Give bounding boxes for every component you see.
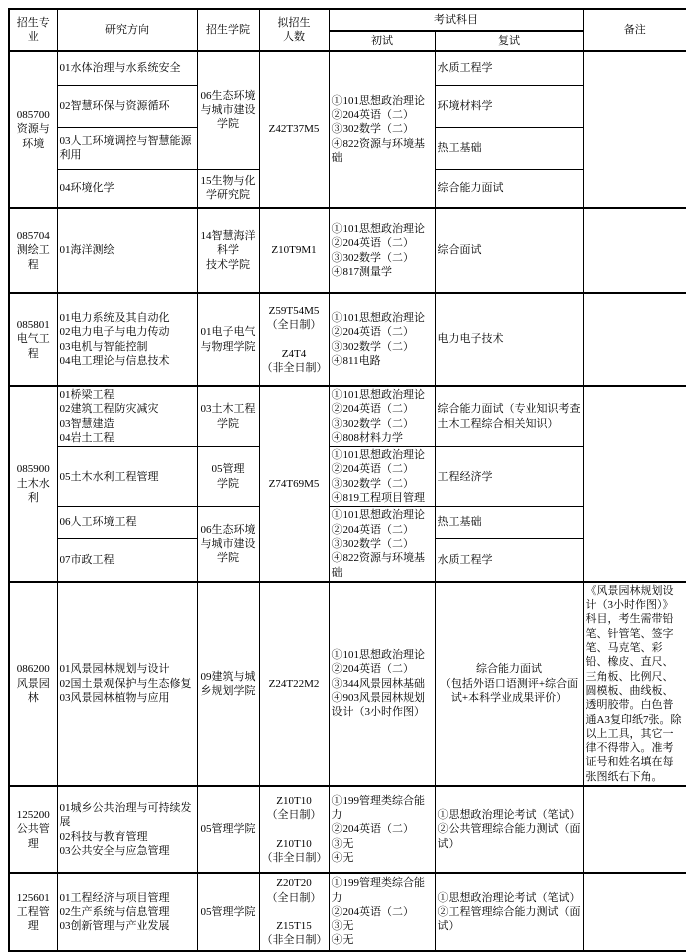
college-cell: 15生物与化学研究院 xyxy=(197,169,259,208)
remark-cell xyxy=(583,386,686,582)
direction-cell: 01城乡公共治理与可持续发展 02科技与教育管理 03公共安全与应急管理 xyxy=(57,786,197,873)
remark-cell xyxy=(583,208,686,293)
quota-cell: Z10T10 （全日制） Z10T10 （非全日制） xyxy=(259,786,329,873)
college-cell: 06生态环境与城市建设学院 xyxy=(197,51,259,169)
direction-cell: 04环境化学 xyxy=(57,169,197,208)
quota-cell: Z74T69M5 xyxy=(259,386,329,582)
direction-cell: 01桥梁工程 02建筑工程防灾减灾 03智慧建造 04岩土工程 xyxy=(57,386,197,447)
retest-cell: 综合能力面试 （包括外语口语测评+综合面试+本科学业成果评价） xyxy=(435,582,583,786)
major-cell: 085704 测绘工程 xyxy=(9,208,57,293)
direction-cell: 06人工环境工程 xyxy=(57,507,197,538)
major-cell: 086200 风景园林 xyxy=(9,582,57,786)
direction-cell: 01电力系统及其自动化 02电力电子与电力传动 03电机与智能控制 04电工理论… xyxy=(57,293,197,386)
college-cell: 06生态环境与城市建设学院 xyxy=(197,507,259,582)
header-college: 招生学院 xyxy=(197,9,259,51)
remark-cell xyxy=(583,873,686,951)
remark-cell xyxy=(583,293,686,386)
direction-cell: 01海洋测绘 xyxy=(57,208,197,293)
retest-cell: 工程经济学 xyxy=(435,447,583,507)
college-cell: 03土木工程学院 xyxy=(197,386,259,447)
college-cell: 05管理学院 xyxy=(197,786,259,873)
remark-cell xyxy=(583,51,686,208)
initial-exam-cell: ①101思想政治理论 ②204英语（二） ③302数学（二） ④819工程项目管… xyxy=(329,447,435,507)
initial-exam-cell: ①199管理类综合能力 ②204英语（二） ③无 ④无 xyxy=(329,873,435,951)
header-exam: 考试科目 xyxy=(329,9,583,31)
college-cell: 09建筑与城乡规划学院 xyxy=(197,582,259,786)
retest-cell: 综合能力面试 xyxy=(435,169,583,208)
college-cell: 05管理学院 xyxy=(197,873,259,951)
retest-cell: 环境材料学 xyxy=(435,85,583,127)
college-cell: 01电子电气与物理学院 xyxy=(197,293,259,386)
major-cell: 085801 电气工程 xyxy=(9,293,57,386)
header-retest: 复试 xyxy=(435,31,583,51)
direction-cell: 02智慧环保与资源循环 xyxy=(57,85,197,127)
retest-cell: 水质工程学 xyxy=(435,51,583,85)
initial-exam-cell: ①101思想政治理论 ②204英语（二） ③302数学（二） ④808材料力学 xyxy=(329,386,435,447)
initial-exam-cell: ①101思想政治理论 ②204英语（二） ③302数学（二） ④822资源与环境… xyxy=(329,51,435,208)
college-cell: 14智慧海洋 科学 技术学院 xyxy=(197,208,259,293)
retest-cell: ①思想政治理论考试（笔试） ②工程管理综合能力测试（面试） xyxy=(435,873,583,951)
direction-cell: 05土木水利工程管理 xyxy=(57,447,197,507)
retest-cell: 综合面试 xyxy=(435,208,583,293)
initial-exam-cell: ①101思想政治理论 ②204英语（二） ③344风景园林基础 ④903风景园林… xyxy=(329,582,435,786)
remark-cell xyxy=(583,786,686,873)
admission-table: 招生专业 研究方向 招生学院 拟招生 人数 考试科目 备注 初试 复试 0857… xyxy=(8,8,686,952)
initial-exam-cell: ①101思想政治理论 ②204英语（二） ③302数学（二） ④817测量学 xyxy=(329,208,435,293)
header-major: 招生专业 xyxy=(9,9,57,51)
quota-cell: Z10T9M1 xyxy=(259,208,329,293)
retest-cell: 综合能力面试（专业知识考查土木工程综合相关知识） xyxy=(435,386,583,447)
quota-cell: Z59T54M5 （全日制） Z4T4 （非全日制） xyxy=(259,293,329,386)
retest-cell: ①思想政治理论考试（笔试） ②公共管理综合能力测试（面试） xyxy=(435,786,583,873)
direction-cell: 03人工环境调控与智慧能源利用 xyxy=(57,127,197,169)
remark-cell: 《风景园林规划设计（3小时作图）》科目，考生需带铅笔、针管笔、签字笔、马克笔、彩… xyxy=(583,582,686,786)
major-cell: 125601 工程管理 xyxy=(9,873,57,951)
header-quota: 拟招生 人数 xyxy=(259,9,329,51)
initial-exam-cell: ①101思想政治理论 ②204英语（二） ③302数学（二） ④811电路 xyxy=(329,293,435,386)
header-initial-exam: 初试 xyxy=(329,31,435,51)
initial-exam-cell: ①101思想政治理论 ②204英语（二） ③302数学（二） ④822资源与环境… xyxy=(329,507,435,582)
major-cell: 125200 公共管理 xyxy=(9,786,57,873)
quota-cell: Z42T37M5 xyxy=(259,51,329,208)
direction-cell: 07市政工程 xyxy=(57,538,197,582)
retest-cell: 水质工程学 xyxy=(435,538,583,582)
retest-cell: 电力电子技术 xyxy=(435,293,583,386)
quota-cell: Z24T22M2 xyxy=(259,582,329,786)
direction-cell: 01工程经济与项目管理 02生产系统与信息管理 03创新管理与产业发展 xyxy=(57,873,197,951)
quota-cell: Z20T20 （全日制） Z15T15 （非全日制） xyxy=(259,873,329,951)
initial-exam-cell: ①199管理类综合能力 ②204英语（二） ③无 ④无 xyxy=(329,786,435,873)
retest-cell: 热工基础 xyxy=(435,507,583,538)
header-direction: 研究方向 xyxy=(57,9,197,51)
direction-cell: 01风景园林规划与设计 02国土景观保护与生态修复 03风景园林植物与应用 xyxy=(57,582,197,786)
retest-cell: 热工基础 xyxy=(435,127,583,169)
major-cell: 085700 资源与环境 xyxy=(9,51,57,208)
header-remark: 备注 xyxy=(583,9,686,51)
major-cell: 085900 土木水利 xyxy=(9,386,57,582)
college-cell: 05管理 学院 xyxy=(197,447,259,507)
direction-cell: 01水体治理与水系统安全 xyxy=(57,51,197,85)
